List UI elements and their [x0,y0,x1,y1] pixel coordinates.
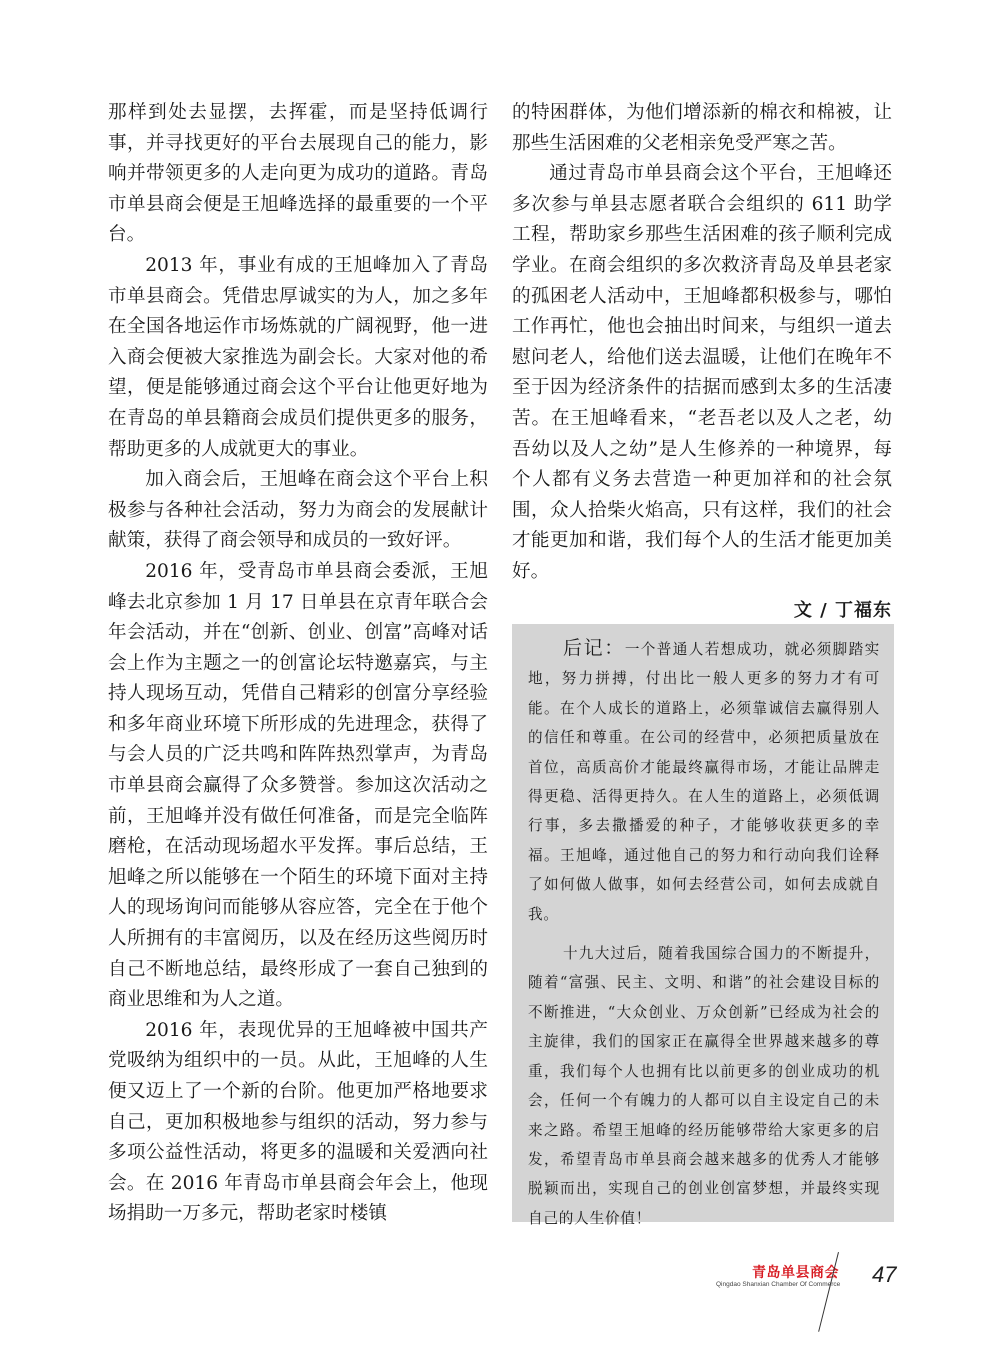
afterword-lead: 后记： [563,637,625,659]
paragraph: 2013 年，事业有成的王旭峰加入了青岛市单县商会。凭借忠厚诚实的为人，加之多年… [108,251,488,465]
paragraph: 2016 年，表现优异的王旭峰被中国共产党吸纳为组织中的一员。从此，王旭峰的人生… [108,1016,488,1230]
right-column: 的特困群体，为他们增添新的棉衣和棉被，让那些生活困难的父老相亲免受严寒之苦。 通… [512,98,892,626]
afterword-paragraph: 十九大过后，随着我国综合国力的不断提升，随着“富强、民主、文明、和谐”的社会建设… [528,939,880,1233]
paragraph: 通过青岛市单县商会这个平台，王旭峰还多次参与单县志愿者联合会组织的 611 助学… [512,159,892,587]
paragraph: 加入商会后，王旭峰在商会这个平台上积极参与各种社会活动，努力为商会的发展献计献策… [108,465,488,557]
afterword-box: 后记：一个普通人若想成功，就必须脚踏实地，努力拼搏，付出比一般人更多的努力才有可… [512,624,894,1222]
left-column: 那样到处去显摆，去挥霍，而是坚持低调行事，并寻找更好的平台去展现自己的能力，影响… [108,98,488,1230]
afterword-paragraph: 后记：一个普通人若想成功，就必须脚踏实地，努力拼搏，付出比一般人更多的努力才有可… [528,634,880,929]
afterword-text: 一个普通人若想成功，就必须脚踏实地，努力拼搏，付出比一般人更多的努力才有可能。在… [528,641,880,923]
page-number: 47 [872,1262,896,1288]
paragraph: 2016 年，受青岛市单县商会委派，王旭峰去北京参加 1 月 17 日单县在京青… [108,557,488,1016]
chamber-logo: 青岛单县商会 [752,1262,839,1282]
paragraph: 的特困群体，为他们增添新的棉衣和棉被，让那些生活困难的父老相亲免受严寒之苦。 [512,98,892,159]
author-byline: 文 / 丁福东 [512,596,892,627]
chamber-logo-subtitle: Qingdao Shanxian Chamber Of Commerce [716,1281,840,1288]
paragraph: 那样到处去显摆，去挥霍，而是坚持低调行事，并寻找更好的平台去展现自己的能力，影响… [108,98,488,251]
